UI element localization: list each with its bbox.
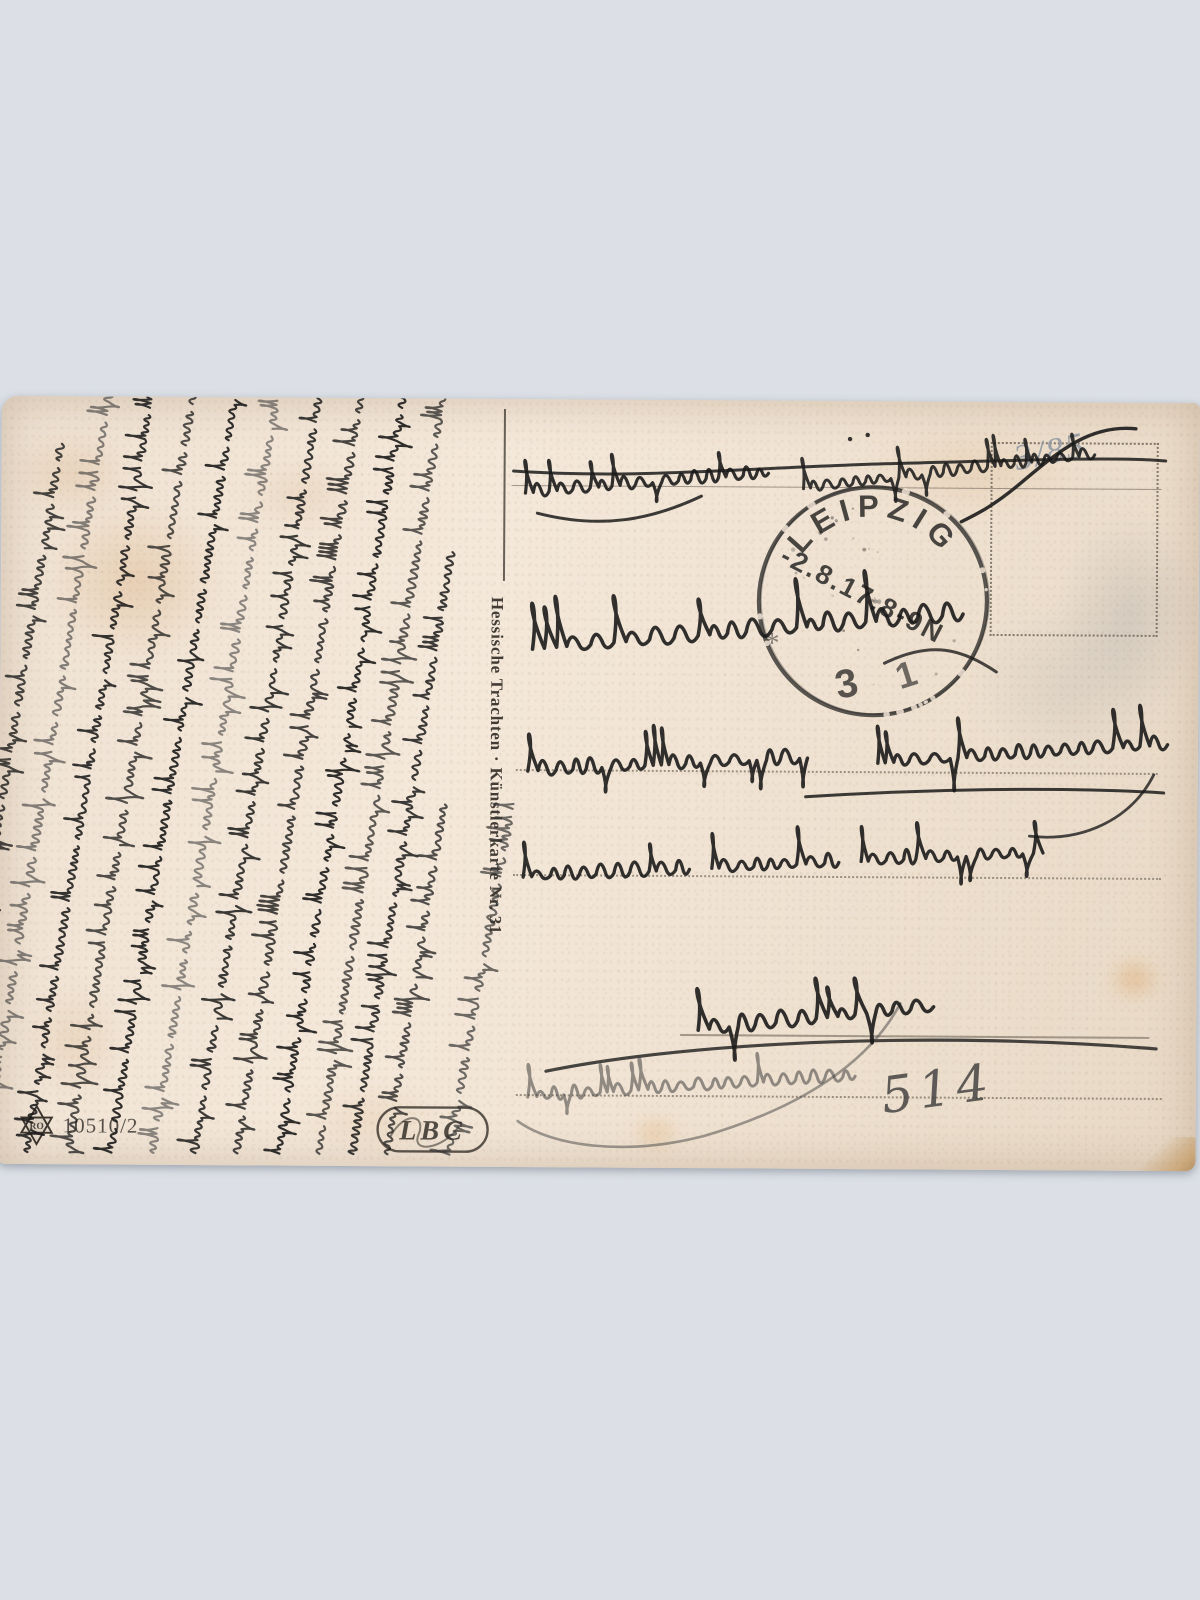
address-gray-rule (680, 1034, 1149, 1039)
divider-line (503, 409, 506, 581)
svg-text:-2.8.17.8-9N: -2.8.17.8-9N (776, 540, 950, 649)
postmark-leipzig: LEIPZIG-2.8.17.8-9N31* (756, 485, 989, 718)
address-rule-line (516, 769, 1158, 775)
publisher-monogram-logo: LBC (374, 1104, 490, 1155)
scan-background: Hessische Trachten · Künstlerkarte Nr. 3… (0, 0, 1200, 1600)
serial-number-block: RO 10510/2 (17, 1104, 138, 1147)
svg-text:3: 3 (831, 660, 862, 708)
svg-text:*: * (764, 627, 779, 660)
svg-text:1: 1 (890, 652, 922, 697)
caption-vertical: Hessische Trachten · Künstlerkarte Nr. 3… (485, 597, 507, 979)
svg-text:LEIPZIG: LEIPZIG (780, 488, 966, 561)
corner-curl (1125, 1137, 1199, 1171)
svg-text:514: 514 (878, 1053, 998, 1126)
stamp-box (990, 442, 1159, 637)
address-rule-line (516, 1094, 1162, 1100)
paper-stains (2, 396, 1200, 403)
address-rule-line (513, 874, 1161, 880)
star-logo-icon: RO (17, 1104, 55, 1146)
svg-text:RO: RO (29, 1122, 43, 1132)
svg-text:LBC: LBC (398, 1115, 466, 1146)
serial-number: 10510/2 (63, 1113, 139, 1138)
postcard-back: Hessische Trachten · Künstlerkarte Nr. 3… (0, 396, 1200, 1171)
